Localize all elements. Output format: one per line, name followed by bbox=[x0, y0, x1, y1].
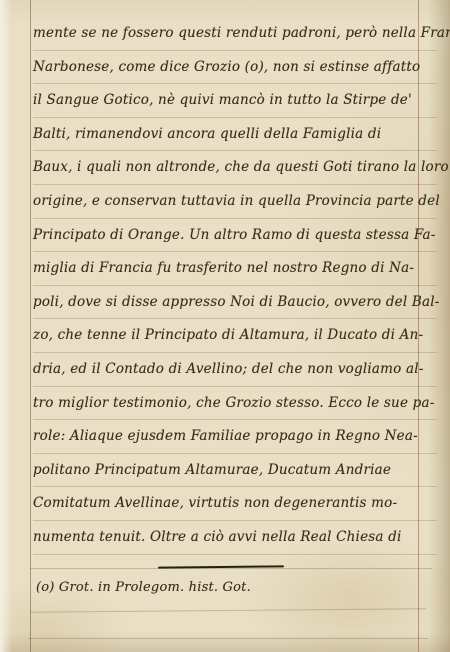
manuscript-line: Narbonese, come dice Grozio (o), non si … bbox=[33, 51, 437, 85]
manuscript-line: Principato di Orange. Un altro Ramo di q… bbox=[33, 219, 437, 253]
manuscript-line: Comitatum Avellinae, virtutis non degene… bbox=[33, 487, 437, 521]
footnote-bottom-ruling bbox=[30, 608, 426, 612]
manuscript-page: mente se ne fossero questi renduti padro… bbox=[0, 0, 450, 652]
manuscript-line: il Sangue Gotico, nè quivi mancò in tutt… bbox=[33, 84, 437, 118]
left-margin-rule bbox=[30, 0, 31, 652]
footnote: (o) Grot. in Prolegom. hist. Got. bbox=[36, 580, 251, 595]
page-bottom-ruling bbox=[28, 638, 428, 639]
manuscript-line: zo, che tenne il Principato di Altamura,… bbox=[33, 319, 437, 353]
manuscript-line: role: Aliaque ejusdem Familiae propago i… bbox=[33, 420, 437, 454]
manuscript-line: mente se ne fossero questi renduti padro… bbox=[33, 17, 437, 51]
manuscript-line: Baux, i quali non altronde, che da quest… bbox=[33, 151, 437, 185]
manuscript-line: numenta tenuit. Oltre a ciò avvi nella R… bbox=[33, 521, 437, 555]
footnote-area-ruling bbox=[30, 568, 432, 569]
manuscript-line: miglia di Francia fu trasferito nel nost… bbox=[33, 252, 437, 286]
manuscript-line: politano Principatum Altamurae, Ducatum … bbox=[33, 454, 437, 488]
manuscript-line: origine, e conservan tuttavia in quella … bbox=[33, 185, 437, 219]
manuscript-line: poli, dove si disse appresso Noi di Bauc… bbox=[33, 286, 437, 320]
manuscript-line: dria, ed il Contado di Avellino; del che… bbox=[33, 353, 437, 387]
manuscript-line: Balti, rimanendovi ancora quelli della F… bbox=[33, 118, 437, 152]
manuscript-text-block: mente se ne fossero questi renduti padro… bbox=[33, 17, 437, 555]
manuscript-line: tro miglior testimonio, che Grozio stess… bbox=[33, 387, 437, 421]
